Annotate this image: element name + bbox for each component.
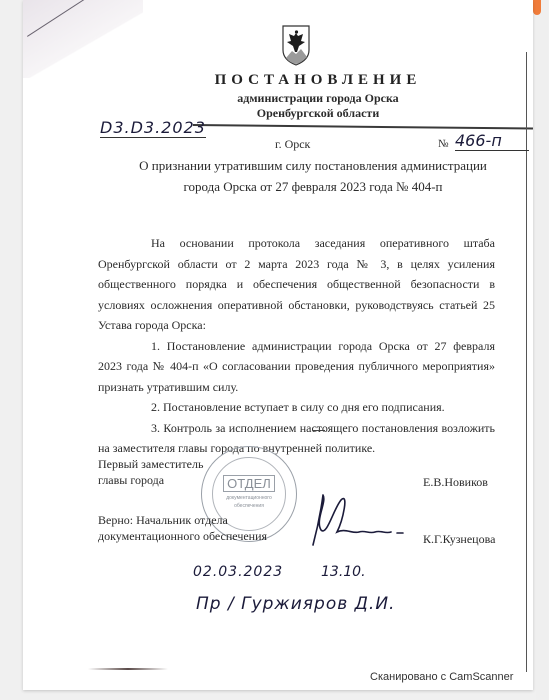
certification-name: К.Г.Кузнецова [423, 532, 495, 547]
preamble-paragraph: На основании протокола заседания операти… [98, 233, 495, 336]
heading-line2: города Орска от 27 февраля 2023 года № 4… [123, 176, 503, 197]
city-label: г. Орск [275, 137, 310, 152]
signatory-position: Первый заместитель главы города [98, 456, 203, 488]
camscanner-watermark: Сканировано с CamScanner [370, 671, 513, 683]
certification-position: Верно: Начальник отдела документационног… [98, 512, 267, 544]
scrollbar-track[interactable] [536, 0, 548, 700]
item-3: 3. Контроль за исполнением настоящего по… [98, 418, 495, 459]
issuing-authority: администрации города Орска Оренбургской … [173, 91, 463, 121]
certification-line2: документационного обеспечения [98, 528, 267, 544]
handwritten-receipt-date: 02.03.2023 [193, 564, 283, 580]
document-body: На основании протокола заседания операти… [98, 233, 495, 459]
handwritten-receipt-signature: Пр / Гуржияров Д.И. [196, 594, 395, 614]
heading-line1: О признании утратившим силу постановлени… [123, 155, 503, 176]
document-heading: О признании утратившим силу постановлени… [123, 155, 503, 197]
scan-artifact-line [88, 668, 168, 670]
handwritten-signature-icon [293, 490, 433, 550]
header-rule [193, 124, 533, 130]
handwritten-date: D3.D3.2023 [100, 118, 206, 138]
handwritten-number: 466-п [455, 131, 529, 151]
number-label: № [438, 138, 449, 150]
handwritten-receipt-time: 13.10. [321, 564, 366, 580]
scrollbar-thumb[interactable] [533, 0, 541, 15]
stamp-small-line1: документационного [202, 495, 296, 501]
signatory-line1: Первый заместитель [98, 456, 203, 472]
signatory-name: Е.В.Новиков [423, 475, 488, 490]
orsk-coat-of-arms-icon [281, 24, 311, 66]
stamp-center: ОТДЕЛ документационного обеспечения [202, 475, 296, 509]
item-2: 2. Постановление вступает в силу со дня … [98, 397, 495, 418]
signatory-line2: главы города [98, 472, 203, 488]
scanned-page: ПОСТАНОВЛЕНИЕ администрации города Орска… [23, 0, 533, 690]
stamp-small-line2: обеспечения [202, 503, 296, 509]
certification-line1: Верно: Начальник отдела [98, 512, 267, 528]
stamp-big-text: ОТДЕЛ [223, 475, 275, 492]
subtitle-line1: администрации города Орска [173, 91, 463, 106]
folded-corner [23, 0, 143, 78]
document-title: ПОСТАНОВЛЕНИЕ [198, 72, 438, 89]
subtitle-line2: Оренбургской области [173, 106, 463, 121]
pen-dash-mark [313, 430, 325, 431]
item-1: 1. Постановление администрации города Ор… [98, 336, 495, 398]
